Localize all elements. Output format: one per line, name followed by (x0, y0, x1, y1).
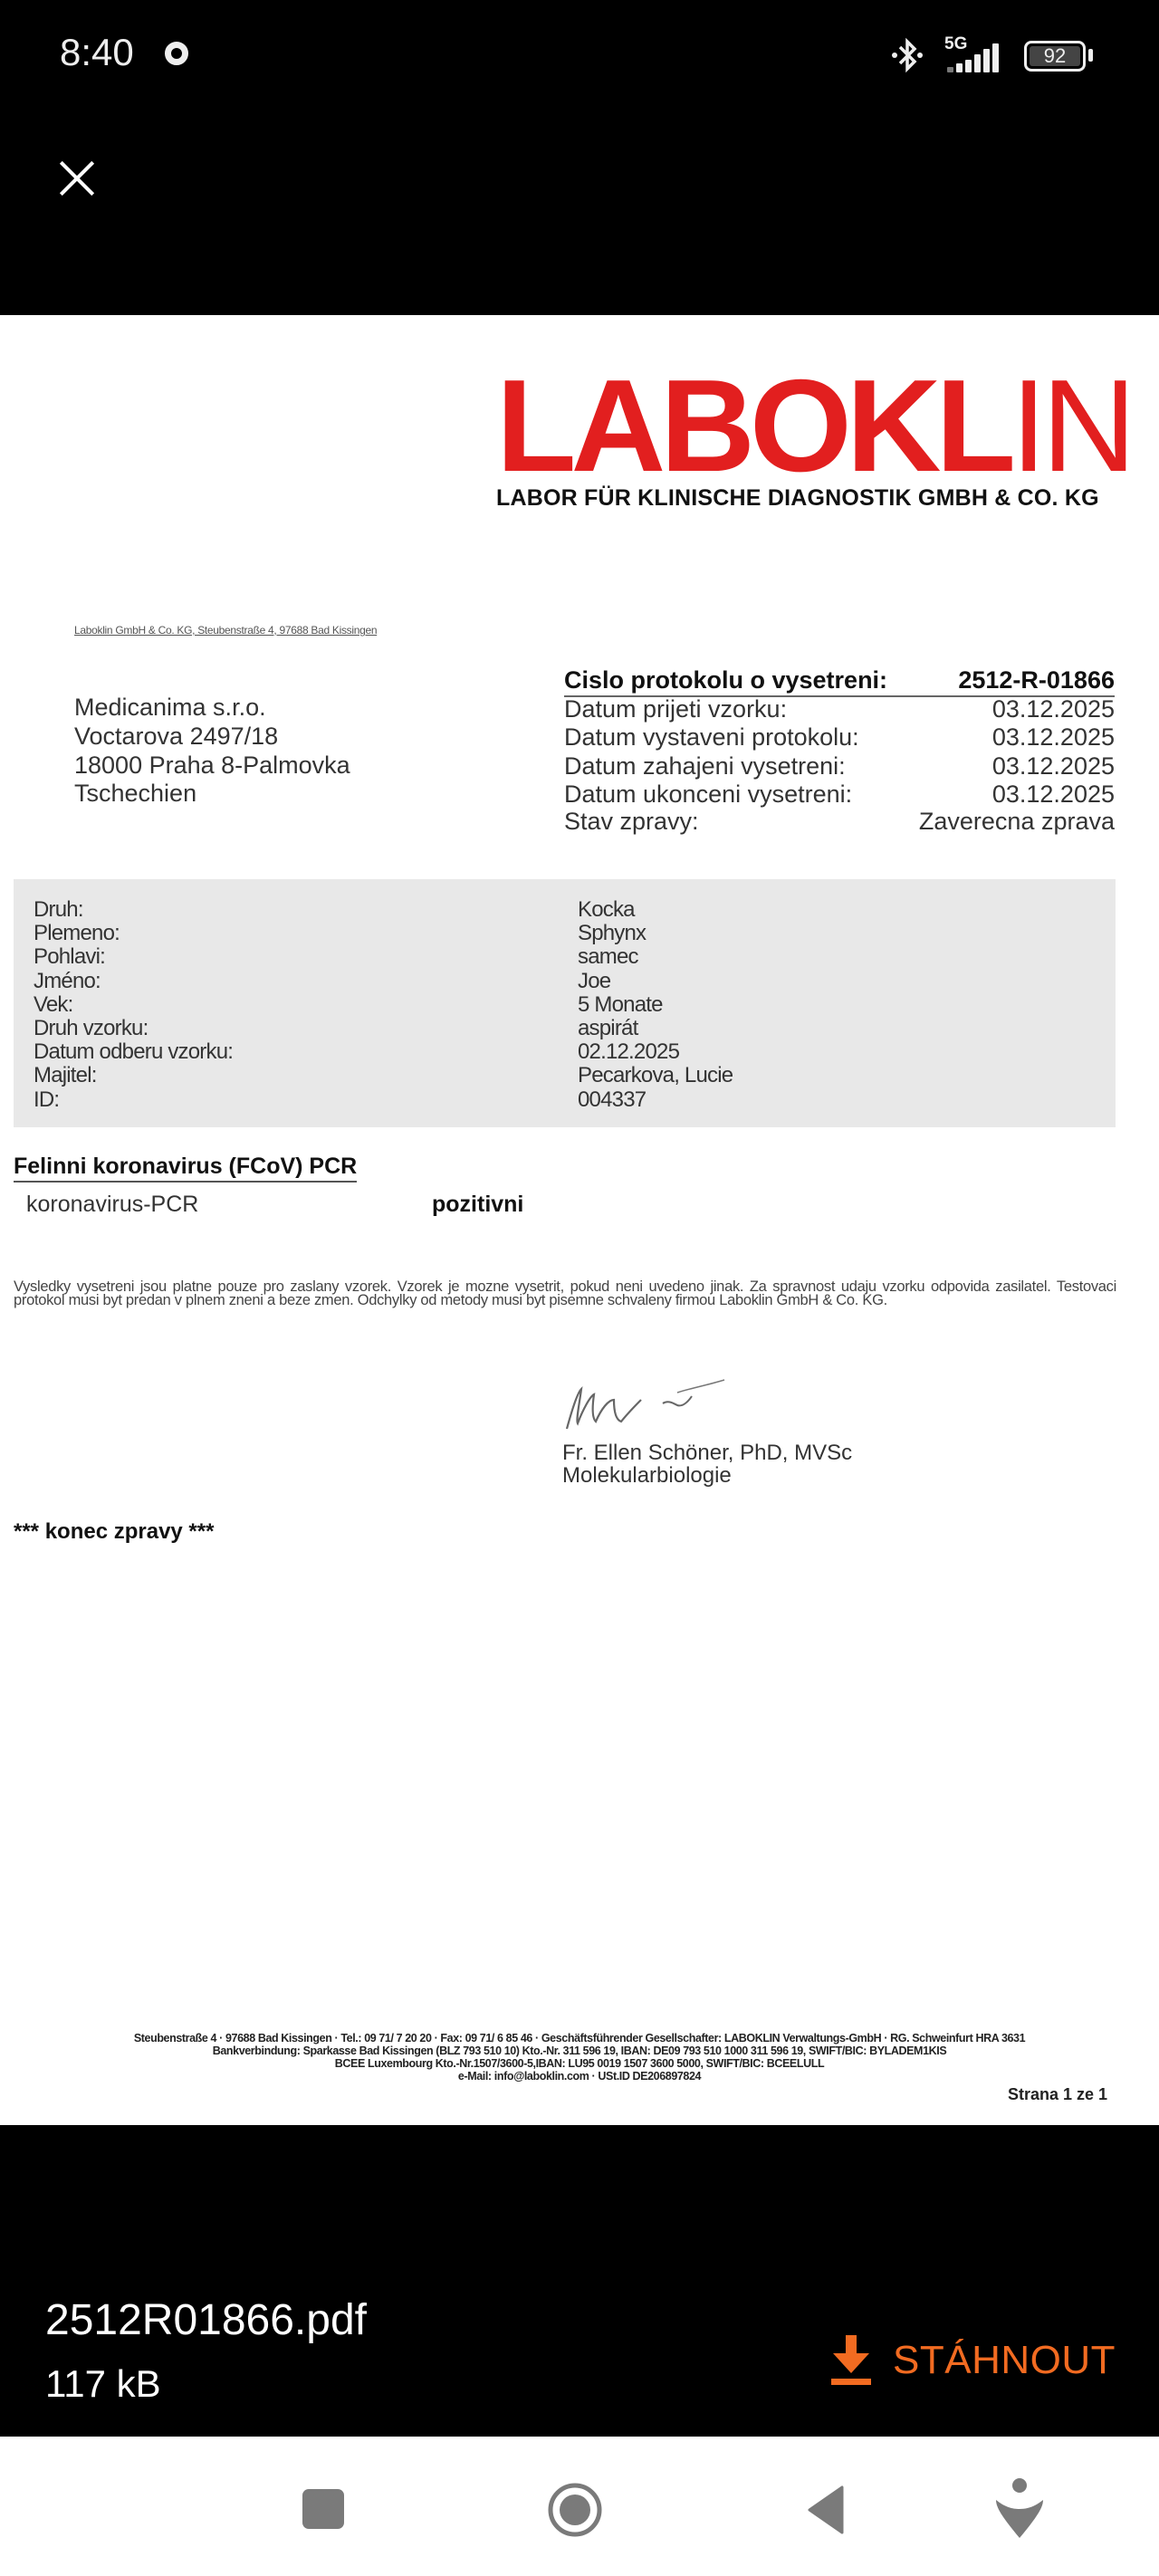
footer-line: e-Mail: info@laboklin.com · USt.ID DE206… (0, 2070, 1159, 2083)
detail-label: Stav zpravy: (564, 808, 699, 836)
download-icon (829, 2335, 873, 2386)
test-result: pozitivni (432, 1192, 523, 1218)
logo-word-thin: IN (1011, 352, 1131, 499)
detail-label: Datum zahajeni vysetreni: (564, 752, 846, 780)
patient-label: Pohlavi: (34, 944, 105, 970)
protocol-label: Cislo protokolu o vysetreni: (564, 666, 887, 694)
bluetooth-icon (889, 36, 925, 85)
home-button[interactable] (547, 2482, 603, 2538)
protocol-detail-row: Datum zahajeni vysetreni: 03.12.2025 (564, 752, 1115, 780)
status-bar: 8:40 5G 92 (0, 0, 1159, 109)
logo-subtitle: LABOR FÜR KLINISCHE DIAGNOSTIK GMBH & CO… (496, 485, 1099, 512)
pdf-page[interactable]: LABOKLIN LABOR FÜR KLINISCHE DIAGNOSTIK … (0, 315, 1159, 2125)
file-name: 2512R01866.pdf (45, 2295, 367, 2345)
signer-name: Fr. Ellen Schöner, PhD, MVSc (562, 1441, 852, 1464)
sender-line: Laboklin GmbH & Co. KG, Steubenstraße 4,… (74, 624, 377, 637)
recipient-line: Medicanima s.r.o. (74, 694, 266, 722)
patient-value: samec (578, 944, 638, 970)
protocol-number-row: Cislo protokolu o vysetreni: 2512-R-0186… (564, 666, 1115, 697)
back-button[interactable] (806, 2485, 851, 2534)
signal-icon (947, 42, 1009, 72)
detail-label: Datum ukonceni vysetreni: (564, 780, 852, 809)
signer-department: Molekularbiologie (562, 1464, 852, 1487)
patient-value: 5 Monate (578, 992, 663, 1018)
battery-icon: 92 (1024, 41, 1086, 72)
detail-value: Zaverecna zprava (919, 808, 1115, 836)
detail-value: 03.12.2025 (992, 695, 1115, 723)
recipient-line: Tschechien (74, 780, 196, 808)
file-size: 117 kB (45, 2362, 161, 2406)
test-name: koronavirus-PCR (26, 1192, 198, 1218)
protocol-value: 2512-R-01866 (958, 666, 1115, 694)
detail-value: 03.12.2025 (992, 723, 1115, 752)
assistant-button[interactable] (992, 2476, 1047, 2540)
detail-label: Datum prijeti vzorku: (564, 695, 787, 723)
signer-block: Fr. Ellen Schöner, PhD, MVSc Molekularbi… (562, 1441, 852, 1487)
navigation-bar (0, 2437, 1159, 2576)
protocol-detail-row: Datum vystaveni protokolu: 03.12.2025 (564, 723, 1115, 751)
patient-label: Datum odberu vzorku: (34, 1039, 233, 1065)
protocol-detail-row: Stav zpravy: Zaverecna zprava (564, 808, 1115, 835)
patient-label: Druh vzorku: (34, 1016, 148, 1041)
patient-value: 004337 (578, 1087, 646, 1113)
patient-label: Plemeno: (34, 921, 120, 946)
file-info-bar: 2512R01866.pdf 117 kB STÁHNOUT (0, 2125, 1159, 2437)
laboklin-logo: LABOKLIN (496, 371, 1116, 480)
protocol-detail-row: Datum ukonceni vysetreni: 03.12.2025 (564, 780, 1115, 808)
footer-line: Steubenstraße 4 · 97688 Bad Kissingen · … (0, 2032, 1159, 2045)
page-number: Strana 1 ze 1 (1008, 2085, 1107, 2104)
patient-label: ID: (34, 1087, 59, 1113)
download-button[interactable]: STÁHNOUT (829, 2324, 1116, 2397)
disclaimer-text: Vysledky vysetreni jsou platne pouze pro… (14, 1280, 1116, 1307)
signature-image (561, 1373, 742, 1436)
recipient-line: 18000 Praha 8-Palmovka (74, 752, 350, 780)
patient-value: aspirát (578, 1016, 637, 1041)
recipient-line: Voctarova 2497/18 (74, 723, 278, 751)
test-title: Felinni koronavirus (FCoV) PCR (14, 1154, 357, 1183)
patient-label: Jméno: (34, 969, 101, 994)
footer-line: Bankverbindung: Sparkasse Bad Kissingen … (0, 2045, 1159, 2057)
patient-value: Joe (578, 969, 610, 994)
logo-word-bold: LABOKL (496, 352, 1011, 499)
patient-info-box: Druh:KockaPlemeno:SphynxPohlavi:samecJmé… (14, 879, 1116, 1127)
protocol-detail-row: Datum prijeti vzorku: 03.12.2025 (564, 695, 1115, 723)
footer-line: BCEE Luxembourg Kto.-Nr.1507/3600-5,IBAN… (0, 2057, 1159, 2070)
detail-value: 03.12.2025 (992, 780, 1115, 809)
page-footer: Steubenstraße 4 · 97688 Bad Kissingen · … (0, 2032, 1159, 2083)
patient-value: Sphynx (578, 921, 646, 946)
close-button[interactable] (54, 156, 100, 201)
patient-label: Majitel: (34, 1063, 97, 1088)
download-label: STÁHNOUT (893, 2338, 1116, 2383)
end-of-report: *** konec zpravy *** (14, 1519, 214, 1545)
status-time: 8:40 (60, 31, 134, 74)
notification-ring-icon (165, 42, 188, 65)
battery-level: 92 (1027, 44, 1083, 68)
patient-label: Druh: (34, 897, 83, 923)
patient-value: 02.12.2025 (578, 1039, 679, 1065)
patient-value: Pecarkova, Lucie (578, 1063, 733, 1088)
detail-value: 03.12.2025 (992, 752, 1115, 780)
recents-button[interactable] (302, 2489, 344, 2529)
battery-nub (1088, 49, 1093, 62)
patient-value: Kocka (578, 897, 635, 923)
patient-label: Vek: (34, 992, 73, 1018)
detail-label: Datum vystaveni protokolu: (564, 723, 859, 752)
